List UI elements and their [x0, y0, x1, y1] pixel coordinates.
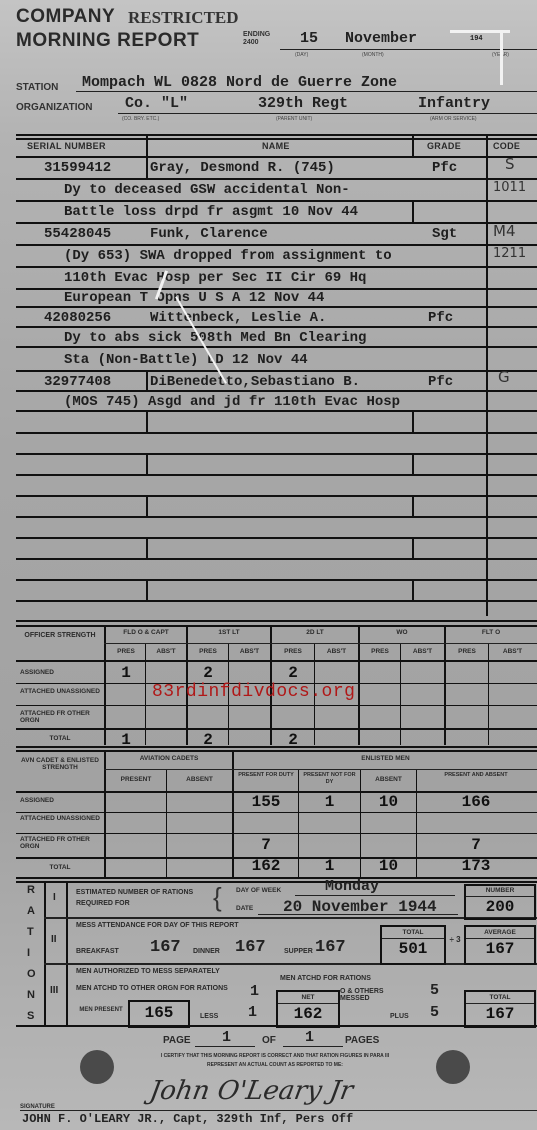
- less-value: 1: [248, 1004, 257, 1021]
- ration-total-label: TOTAL: [466, 994, 534, 1001]
- form-title-morning-report: MORNING REPORT: [16, 30, 199, 52]
- atchd-other-orgn-label: MEN ATCHD TO OTHER ORGN FOR RATIONS: [76, 985, 256, 992]
- roster-divider: [146, 136, 148, 158]
- handwritten-signature: John O'Leary Jr: [147, 1076, 355, 1106]
- entry-grade: Pfc: [432, 160, 457, 176]
- report-day: 15: [300, 30, 318, 47]
- average-value: 167: [466, 940, 534, 958]
- report-year-prefix: 194: [470, 35, 483, 43]
- enlisted-value: 162: [234, 857, 298, 875]
- entry-remark: (Dy 653) SWA dropped from assignment to: [64, 248, 392, 264]
- page-number: 1: [222, 1029, 231, 1046]
- atchd-other-orgn-value: 1: [250, 983, 259, 1000]
- row-attached-other: ATTACHED FR OTHER ORGN: [20, 710, 100, 724]
- officer-strength-title: OFFICER STRENGTH: [20, 632, 100, 639]
- section-numeral: I: [53, 892, 56, 903]
- net-value: 162: [278, 1005, 338, 1023]
- rations-letter: O: [27, 968, 36, 980]
- plus-value: 5: [430, 1004, 439, 1021]
- ration-total-value: 167: [466, 1005, 534, 1023]
- mess-separately-label: MEN AUTHORIZED TO MESS SEPARATELY: [76, 968, 276, 975]
- enlisted-value: 166: [417, 793, 535, 811]
- supper-label: SUPPER: [284, 948, 313, 955]
- col-grade: GRADE: [427, 141, 461, 151]
- entry-remark: European T Opns U S A 12 Nov 44: [64, 290, 324, 306]
- subcol-pres: PRES: [272, 648, 314, 655]
- less-label: LESS: [200, 1013, 218, 1020]
- org-arm: Infantry: [418, 95, 490, 112]
- org-parent-caption: (PARENT UNIT): [276, 116, 312, 122]
- certification-text: I CERTIFY THAT THIS MORNING REPORT IS CO…: [150, 1052, 400, 1070]
- divide-sign: ÷ 3: [448, 935, 462, 945]
- report-month: November: [345, 30, 417, 47]
- subcol: PRESENT NOT FOR DY: [299, 772, 360, 786]
- rations-letter: R: [27, 884, 35, 896]
- entry-serial: 31599412: [44, 160, 111, 176]
- enlisted-value: 7: [417, 836, 535, 854]
- row-attached-unassigned: ATTACHED UNASSIGNED: [20, 688, 100, 695]
- subcol-abst: ABS'T: [315, 648, 358, 655]
- entry-remark: Sta (Non-Battle) LD 12 Nov 44: [64, 352, 308, 368]
- group-aviation-cadets: AVIATION CADETS: [106, 755, 232, 762]
- breakfast-label: BREAKFAST: [76, 948, 119, 955]
- group-flt-o: FLT O: [446, 629, 536, 636]
- watermark: 83rdinfdivdocs.org: [152, 682, 355, 702]
- restricted-stamp: RESTRICTED: [128, 8, 239, 28]
- entry-remark: Battle loss drpd fr asgmt 10 Nov 44: [64, 204, 358, 220]
- page-label: PAGE: [163, 1037, 191, 1044]
- enlisted-value: 7: [234, 836, 298, 854]
- rations-required-label: ESTIMATED NUMBER OF RATIONS REQUIRED FOR: [76, 887, 211, 909]
- org-underline: [118, 113, 537, 114]
- brace-glyph: {: [213, 882, 222, 913]
- row-attached-other: ATTACHED FR OTHER ORGN: [20, 836, 100, 850]
- section-numeral: II: [51, 934, 57, 945]
- rations-letter: T: [27, 926, 34, 938]
- row-assigned: ASSIGNED: [20, 797, 100, 804]
- entry-code: G: [498, 368, 510, 386]
- subcol-pres: PRES: [188, 648, 228, 655]
- group-1st-lt: 1ST LT: [188, 629, 270, 636]
- men-present-value: 165: [130, 1004, 188, 1022]
- atchd-for-rations-label: MEN ATCHD FOR RATIONS: [280, 975, 371, 982]
- station-value: Mompach WL 0828 Nord de Guerre Zone: [82, 74, 397, 91]
- row-assigned: ASSIGNED: [20, 669, 100, 676]
- breakfast-value: 167: [150, 938, 181, 957]
- station-underline: [76, 91, 537, 92]
- subcol-pres: PRES: [106, 648, 146, 655]
- dinner-value: 167: [235, 938, 266, 957]
- org-arm-caption: (ARM OR SERVICE): [430, 116, 477, 122]
- row-total: TOTAL: [20, 864, 100, 871]
- morning-report-document: COMPANY RESTRICTED MORNING REPORT ENDING…: [0, 0, 537, 1130]
- rations-letter: I: [27, 947, 30, 959]
- subcol-abst: ABS'T: [229, 648, 270, 655]
- month-caption: (MONTH): [362, 52, 384, 58]
- enlisted-strength-title: AVN CADET & ENLISTED STRENGTH: [20, 757, 100, 771]
- average-label: AVERAGE: [466, 929, 534, 936]
- officer-value: 2: [188, 731, 228, 749]
- org-parent-unit: 329th Regt: [258, 95, 348, 112]
- entry-code: M4: [493, 222, 516, 240]
- day-of-week-value: Monday: [325, 878, 379, 895]
- subcol-abst: ABS'T: [401, 648, 444, 655]
- mess-total-value: 501: [382, 940, 444, 958]
- entry-remark: Dy to deceased GSW accidental Non-: [64, 182, 350, 198]
- day-of-week-label: DAY OF WEEK: [236, 887, 281, 894]
- entry-serial: 55428045: [44, 226, 111, 242]
- entry-name: Wittenbeck, Leslie A.: [150, 310, 326, 326]
- subcol-abst: ABS'T: [146, 648, 186, 655]
- punch-hole: [436, 1050, 470, 1084]
- enlisted-value: 173: [417, 857, 535, 875]
- entry-remark: 110th Evac Hosp per Sec II Cir 69 Hq: [64, 270, 366, 286]
- entry-name: Gray, Desmond R. (745): [150, 160, 335, 176]
- date-label: DATE: [236, 905, 253, 912]
- ending-label: ENDING 2400: [243, 31, 277, 47]
- roster-top-rule: [16, 134, 537, 136]
- roster-divider: [412, 136, 414, 158]
- entry-name: Funk, Clarence: [150, 226, 268, 242]
- officer-value: 2: [272, 731, 314, 749]
- roster-divider: [486, 136, 488, 616]
- form-title-company: COMPANY: [16, 6, 115, 28]
- subcol: PRESENT AND ABSENT: [417, 772, 535, 779]
- rations-letter: A: [27, 905, 35, 917]
- plus-label: PLUS: [390, 1013, 409, 1020]
- col-serial-number: SERIAL NUMBER: [27, 141, 106, 151]
- org-company: Co. "L": [125, 95, 188, 112]
- officer-value: 1: [106, 664, 146, 682]
- subcol-pres: PRES: [360, 648, 400, 655]
- total-pages: 1: [305, 1029, 314, 1046]
- enlisted-value: 10: [361, 857, 416, 875]
- pages-label: PAGES: [345, 1037, 379, 1044]
- col-name: NAME: [262, 141, 290, 151]
- roster-top-rule-2: [16, 138, 537, 140]
- rations-letter: N: [27, 989, 35, 1001]
- entry-code: 1211: [493, 246, 526, 261]
- subcol: PRESENT FOR DUTY: [234, 772, 298, 779]
- rations-letter: S: [27, 1010, 34, 1022]
- date-underline: [280, 49, 537, 50]
- punch-hole: [80, 1050, 114, 1084]
- men-present-label: MEN PRESENT: [76, 1007, 126, 1014]
- entry-code: S: [505, 155, 515, 173]
- subcol: PRESENT: [106, 776, 166, 783]
- organization-label: ORGANIZATION: [16, 104, 92, 112]
- subcol: ABSENT: [167, 776, 232, 783]
- enlisted-value: 1: [299, 793, 360, 811]
- entry-grade: Pfc: [428, 374, 453, 390]
- row-attached-unassigned: ATTACHED UNASSIGNED: [20, 815, 100, 822]
- station-label: STATION: [16, 84, 58, 92]
- supper-value: 167: [315, 938, 346, 957]
- entry-grade: Sgt: [432, 226, 457, 242]
- col-code: CODE: [493, 141, 520, 151]
- of-label: OF: [262, 1037, 276, 1044]
- entry-code: 1011: [493, 180, 526, 195]
- enlisted-value: 1: [299, 857, 360, 875]
- officer-value: 2: [188, 664, 228, 682]
- officer-value: 1: [106, 731, 146, 749]
- others-messed-value: 5: [430, 982, 439, 999]
- entry-remark: (MOS 745) Asgd and jd fr 110th Evac Hosp: [64, 394, 400, 410]
- group-2d-lt: 2D LT: [272, 629, 358, 636]
- enlisted-value: 10: [361, 793, 416, 811]
- subcol-pres: PRES: [446, 648, 488, 655]
- subcol-abst: ABS'T: [489, 648, 536, 655]
- enlisted-value: 155: [234, 793, 298, 811]
- section-numeral: III: [50, 985, 58, 996]
- mess-attendance-label: MESS ATTENDANCE FOR DAY OF THIS REPORT: [76, 922, 239, 929]
- entry-serial: 42080256: [44, 310, 111, 326]
- officer-value: 2: [272, 664, 314, 682]
- number-label: NUMBER: [466, 887, 534, 894]
- day-caption: (DAY): [295, 52, 308, 58]
- group-fld-o-capt: FLD O & CAPT: [106, 629, 186, 636]
- org-company-caption: (CO. BRY. ETC.): [122, 116, 159, 122]
- row-total: TOTAL: [20, 735, 100, 742]
- entry-serial: 32977408: [44, 374, 111, 390]
- group-wo: WO: [360, 629, 444, 636]
- entry-remark: Dy to abs sick 508th Med Bn Clearing: [64, 330, 366, 346]
- number-value: 200: [466, 898, 534, 916]
- others-messed-label: O & OTHERS MESSED: [340, 988, 405, 1002]
- subcol: ABSENT: [361, 776, 416, 783]
- dinner-label: DINNER: [193, 948, 220, 955]
- group-enlisted-men: ENLISTED MEN: [234, 755, 537, 762]
- scratch-mark: [500, 30, 503, 85]
- signer-name: JOHN F. O'LEARY JR., Capt, 329th Inf, Pe…: [22, 1112, 353, 1126]
- entry-grade: Pfc: [428, 310, 453, 326]
- entry-name: DiBenedetto,Sebastiano B.: [150, 374, 360, 390]
- net-label: NET: [278, 994, 338, 1001]
- mess-total-label: TOTAL: [382, 929, 444, 936]
